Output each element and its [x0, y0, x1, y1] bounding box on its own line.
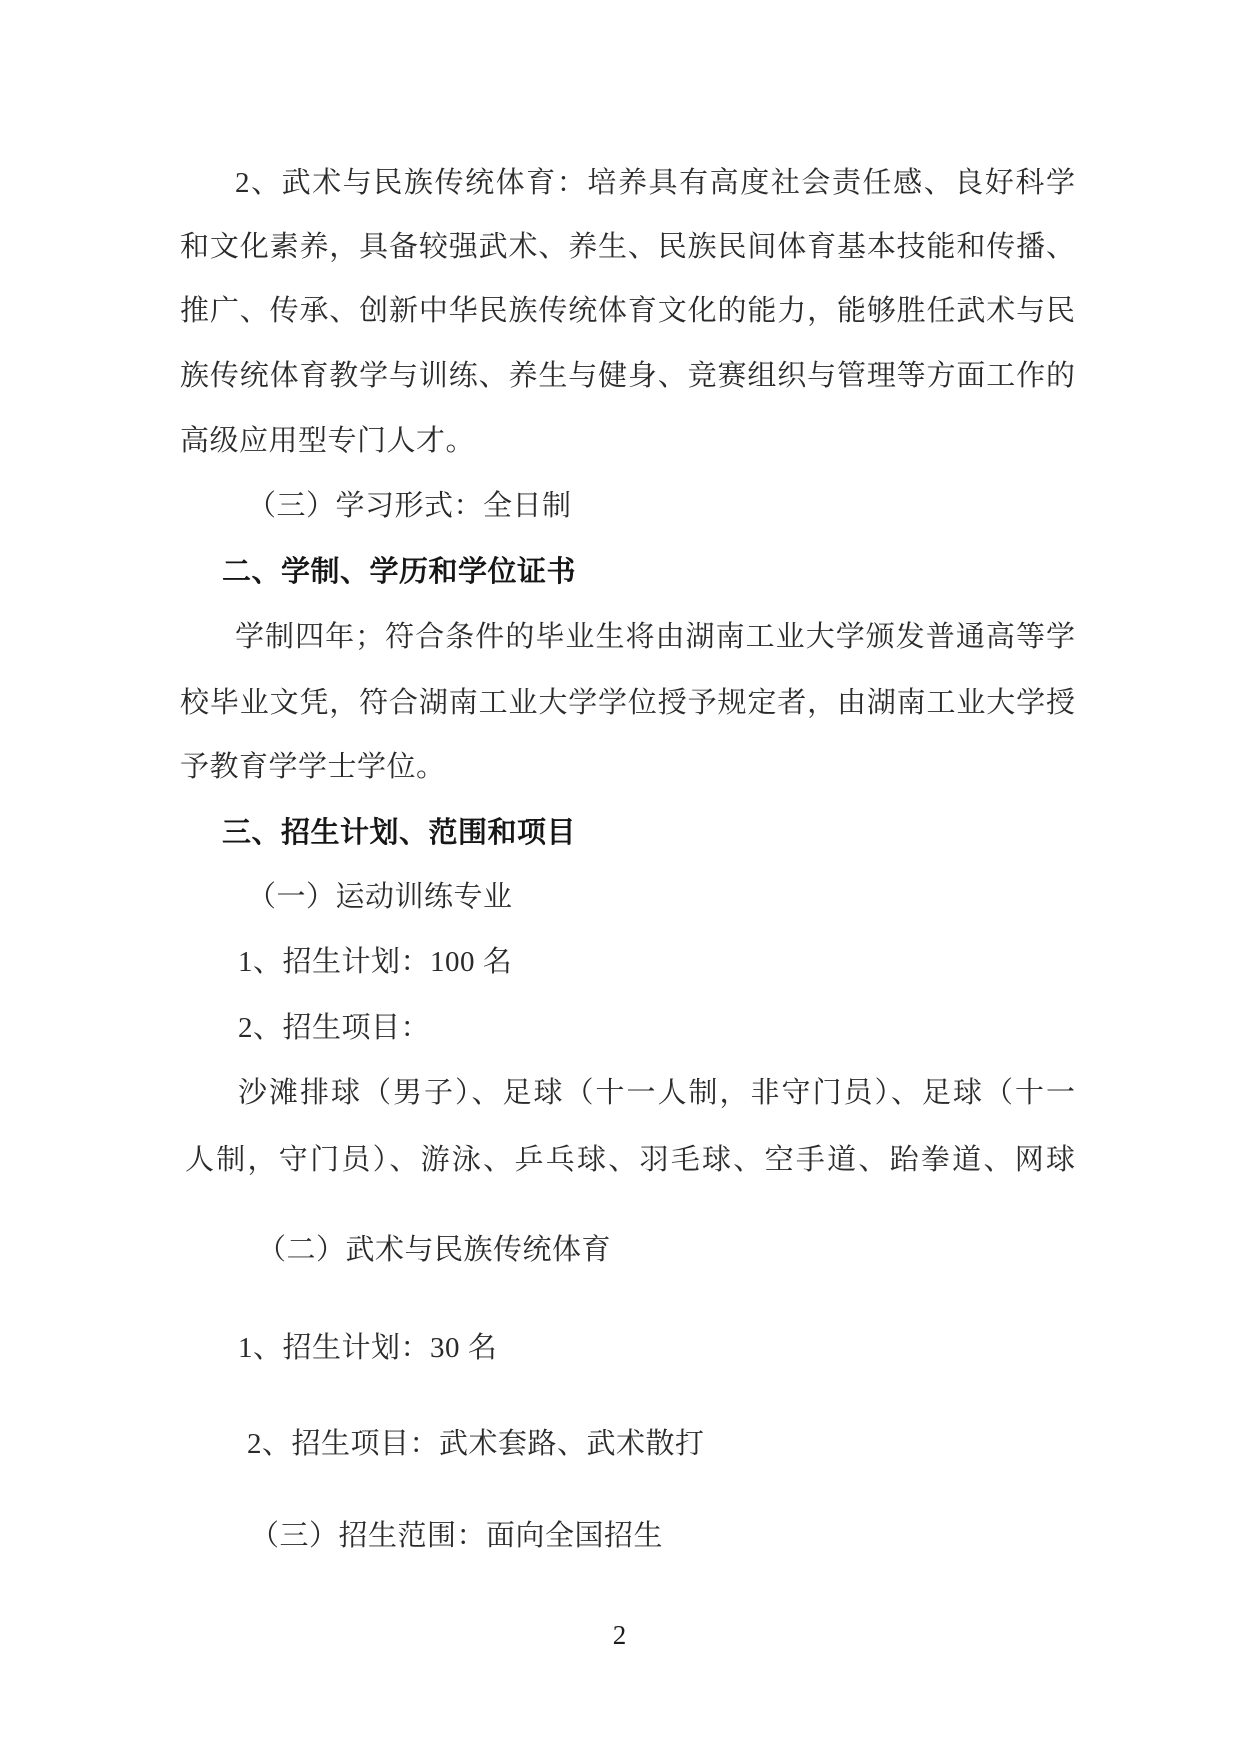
- paragraph-line: 高级应用型专门人才。: [180, 421, 475, 461]
- paragraph-line: 予教育学学士学位。: [180, 747, 446, 787]
- paragraph-line: 校毕业文凭，符合湖南工业大学学位授予规定者，由湖南工业大学授: [180, 683, 1075, 723]
- list-item-line: （三）招生范围：面向全国招生: [250, 1516, 663, 1556]
- list-item-line: 1、招生计划：100 名: [238, 942, 512, 982]
- paragraph-line: 族传统体育教学与训练、养生与健身、竞赛组织与管理等方面工作的: [180, 356, 1075, 396]
- paragraph-line: 和文化素养，具备较强武术、养生、民族民间体育基本技能和传播、: [180, 227, 1075, 267]
- list-item-line: （二）武术与民族传统体育: [257, 1230, 611, 1270]
- paragraph-line: 推广、传承、创新中华民族传统体育文化的能力，能够胜任武术与民: [180, 291, 1075, 331]
- paragraph-line: 学制四年；符合条件的毕业生将由湖南工业大学颁发普通高等学: [235, 617, 1075, 657]
- list-item-line: 1、招生计划：30 名: [238, 1328, 497, 1368]
- paragraph-line: 2、武术与民族传统体育：培养具有高度社会责任感、良好科学: [235, 163, 1075, 203]
- list-item-line: 2、招生项目：武术套路、武术散打: [247, 1424, 705, 1464]
- list-item-line: （三）学习形式：全日制: [247, 486, 572, 526]
- section-heading: 二、学制、学历和学位证书: [222, 552, 576, 592]
- list-item-line: 2、招生项目：: [238, 1008, 430, 1048]
- list-item-line: （一）运动训练专业: [247, 877, 513, 917]
- paragraph-line: 沙滩排球（男子）、足球（十一人制，非守门员）、足球（十一: [238, 1073, 1075, 1113]
- document-page: 2、武术与民族传统体育：培养具有高度社会责任感、良好科学 和文化素养，具备较强武…: [0, 0, 1239, 1752]
- paragraph-line: 人制，守门员）、游泳、乒乓球、羽毛球、空手道、跆拳道、网球: [185, 1140, 1075, 1180]
- page-number: 2: [0, 1620, 1239, 1651]
- section-heading: 三、招生计划、范围和项目: [222, 813, 576, 853]
